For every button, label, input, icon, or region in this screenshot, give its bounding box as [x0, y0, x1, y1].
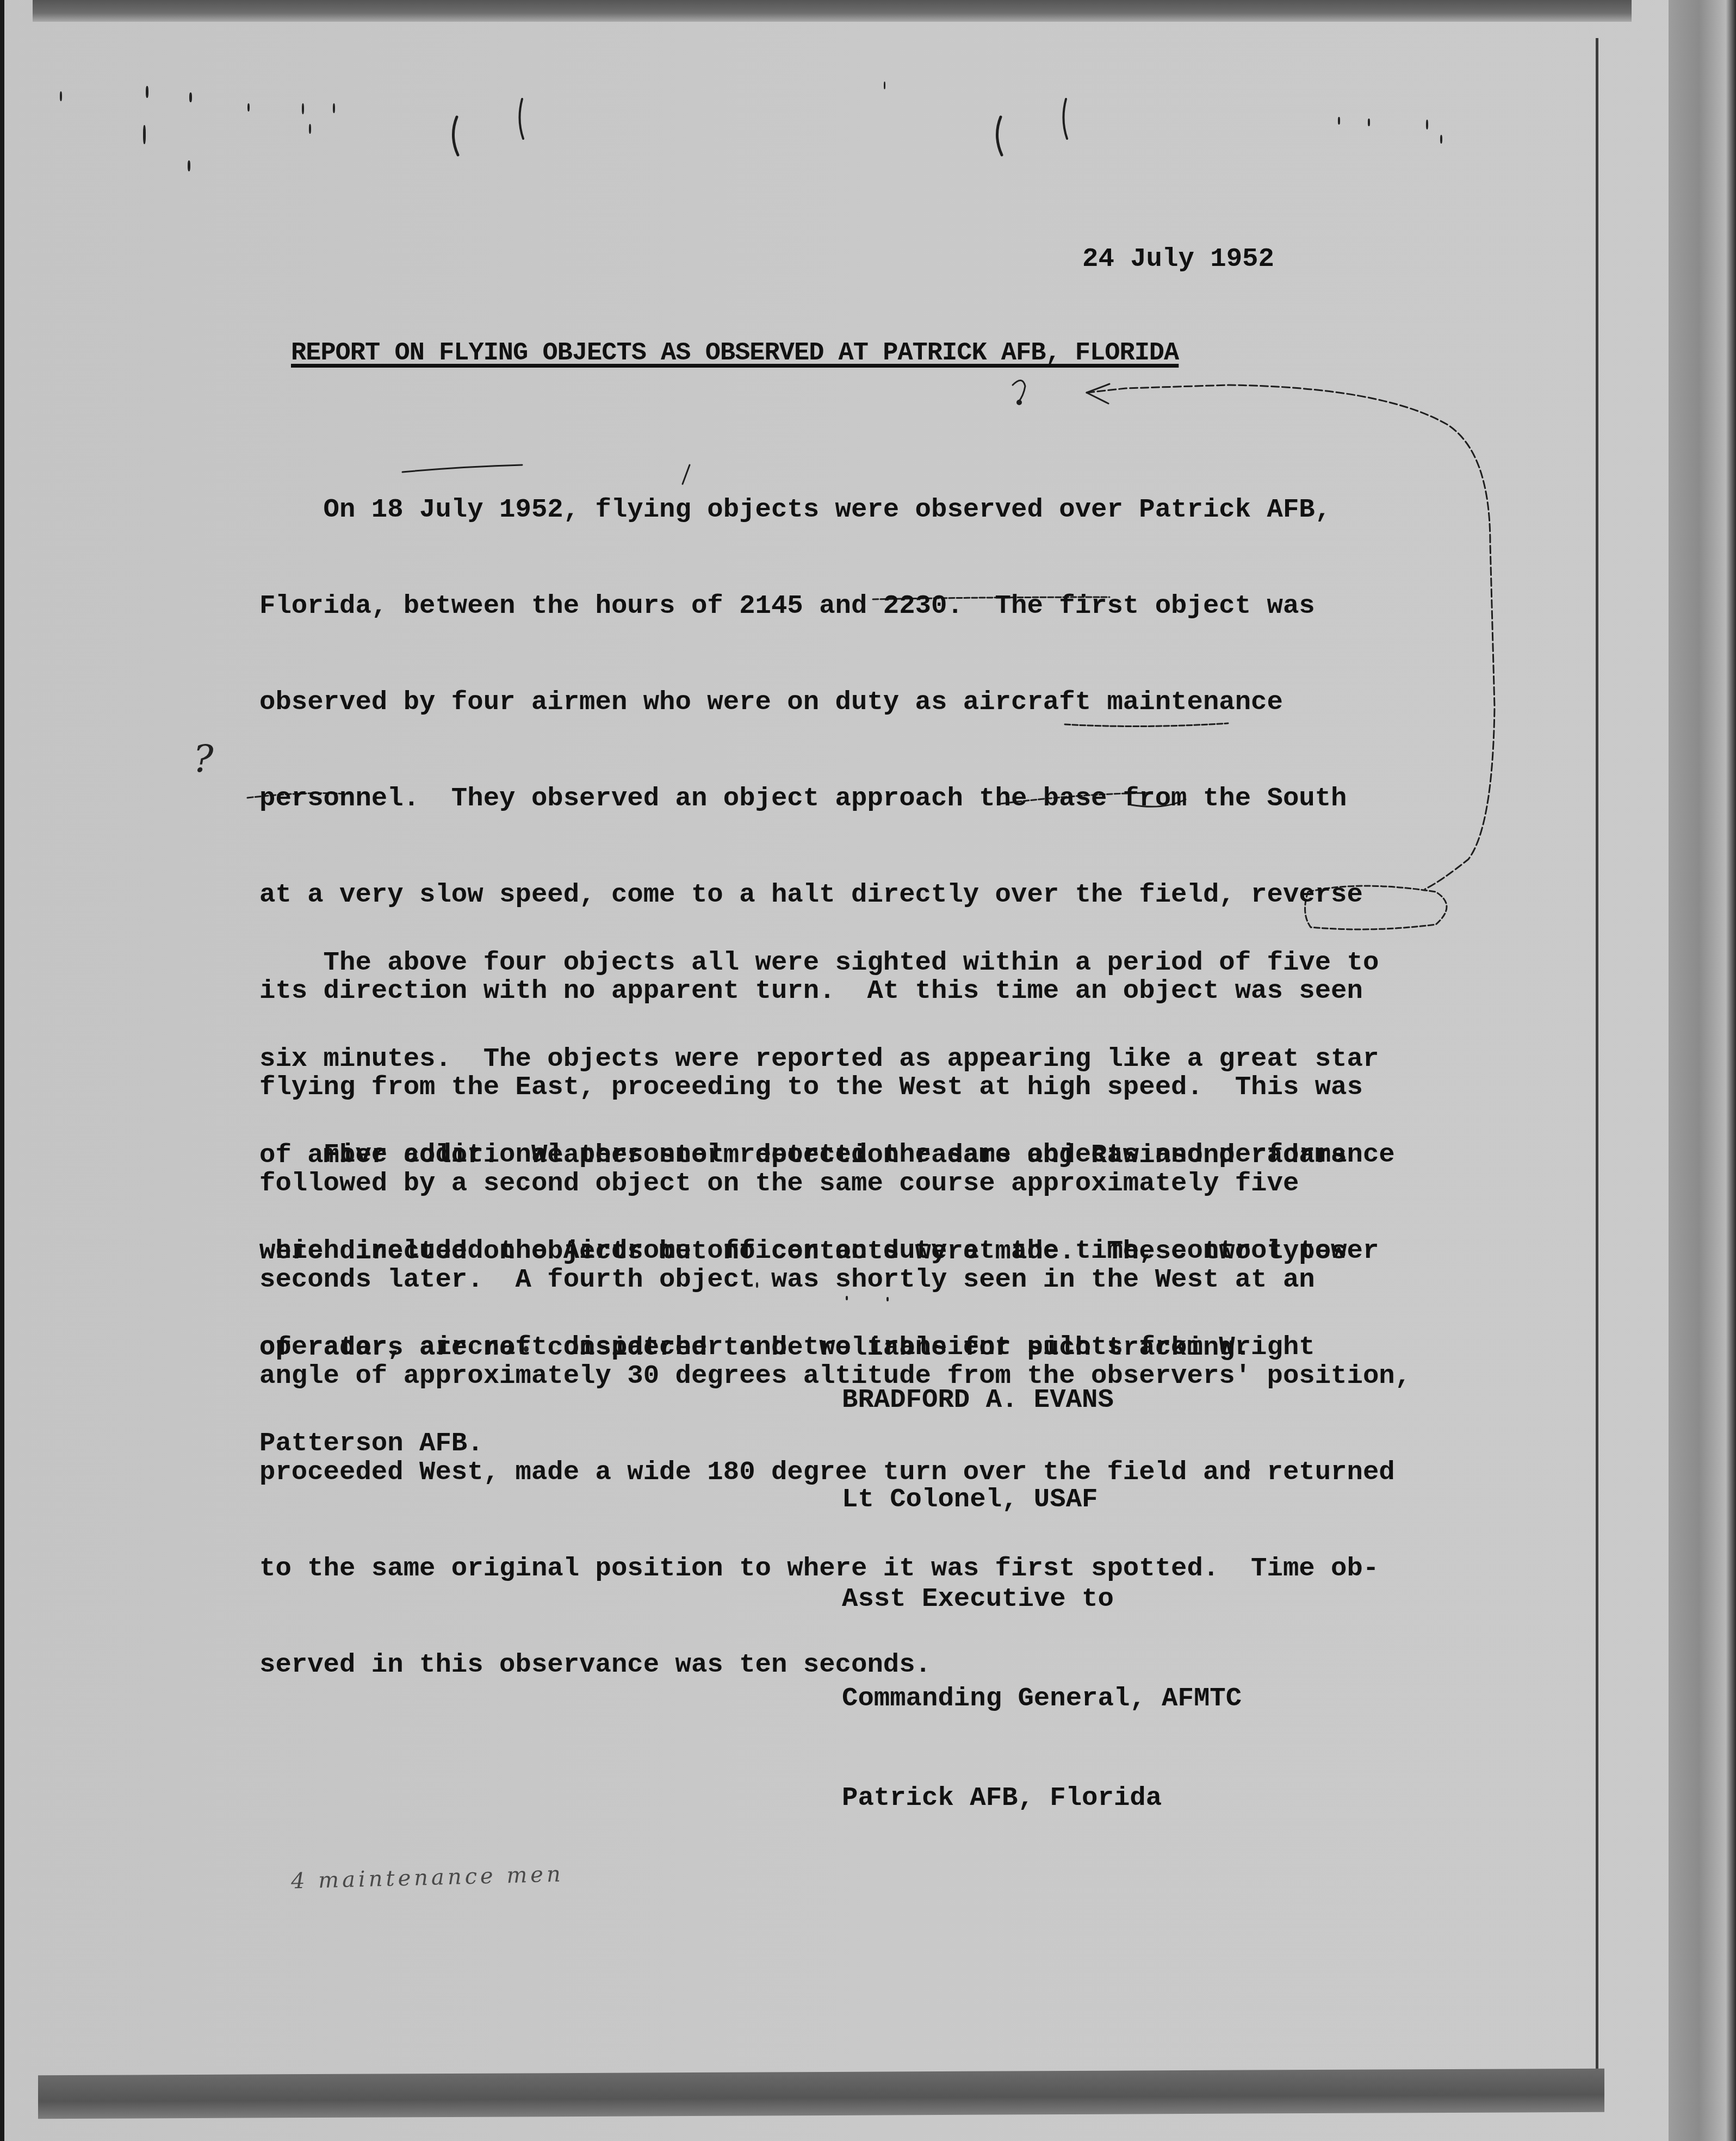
document-title: REPORT ON FLYING OBJECTS AS OBSERVED AT …	[291, 337, 1179, 369]
text-line: Florida, between the hours of 2145 and 2…	[259, 590, 1510, 622]
scan-left-edge	[0, 0, 4, 2141]
signer-position: Commanding General, AFMTC	[842, 1682, 1242, 1715]
handwritten-note: 4 maintenance men	[290, 1861, 564, 1894]
signature-block: BRADFORD A. EVANS Lt Colonel, USAF Asst …	[842, 1317, 1242, 1881]
page-edge-rule	[1596, 38, 1598, 2105]
signer-position: Asst Executive to	[842, 1583, 1242, 1616]
scan-bottom-shadow	[38, 2069, 1604, 2119]
document-date: 24 July 1952	[1082, 243, 1274, 275]
scan-top-shadow	[33, 0, 1632, 22]
text-line: On 18 July 1952, flying objects were obs…	[259, 494, 1510, 526]
text-line: observed by four airmen who were on duty…	[259, 686, 1510, 718]
scanned-page: 24 July 1952 REPORT ON FLYING OBJECTS AS…	[0, 0, 1736, 2141]
text-line: which included the Airdrome officer on d…	[259, 1235, 1510, 1267]
signer-rank: Lt Colonel, USAF	[842, 1483, 1242, 1516]
text-line: six minutes. The objects were reported a…	[259, 1043, 1510, 1075]
signer-location: Patrick AFB, Florida	[842, 1782, 1242, 1815]
text-line: The above four objects all were sighted …	[259, 947, 1510, 979]
text-line: personnel. They observed an object appro…	[259, 783, 1510, 815]
scan-right-shadow	[1669, 0, 1736, 2141]
signer-name: BRADFORD A. EVANS	[842, 1383, 1242, 1417]
text-line: Five additional personnel reported the s…	[259, 1139, 1510, 1171]
margin-question-mark: ?	[193, 737, 214, 781]
